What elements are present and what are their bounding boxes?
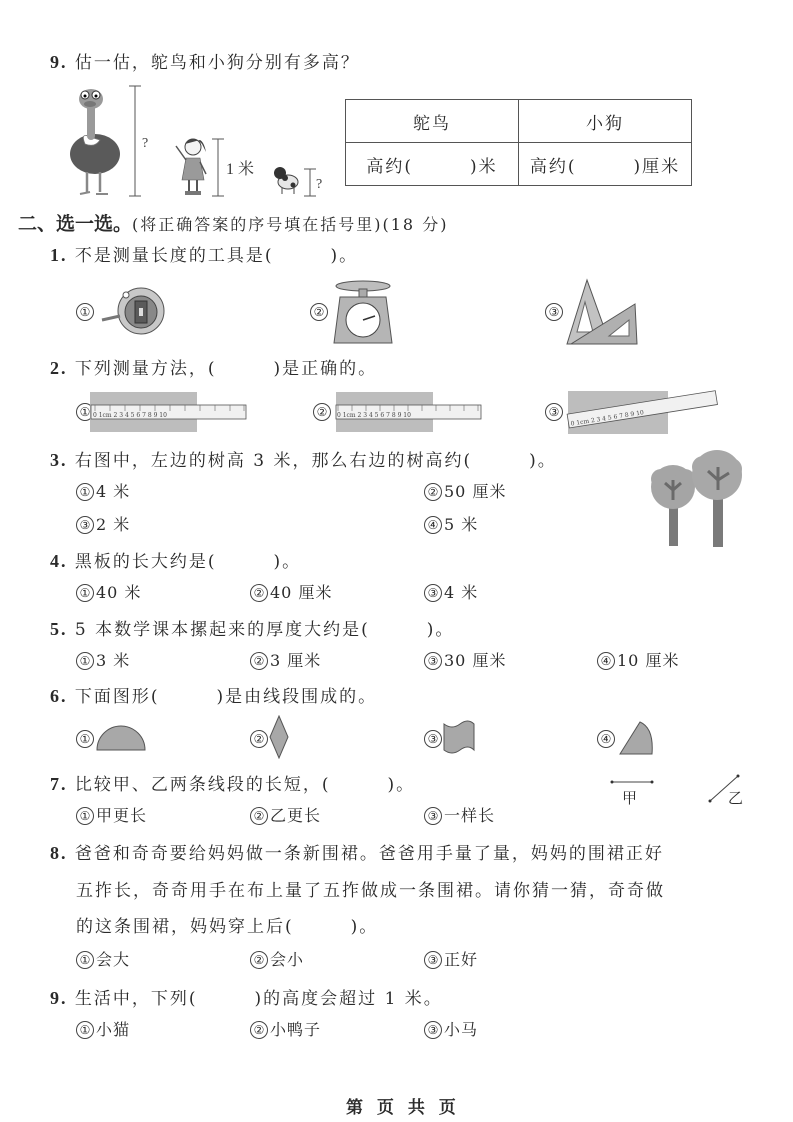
question-number: 8. — [50, 843, 68, 863]
question-9-estimate: 9. 估一估，鸵鸟和小狗分别有多高？ — [50, 52, 360, 73]
option-marker: ③ — [424, 951, 442, 969]
option-label: 40 厘米 — [270, 583, 332, 602]
q6-option-4[interactable]: ④ — [597, 729, 617, 748]
q9-option-2[interactable]: ②小鸭子 — [250, 1020, 321, 1040]
q4-option-2[interactable]: ②40 厘米 — [250, 583, 332, 603]
svg-text:0 1cm 2 3 4 5 6 7 8 9: 0 1cm 2 3 4 5 6 7 8 9 10 — [93, 412, 167, 419]
option-marker: ① — [76, 1021, 94, 1039]
question-text: 生活中，下列( )的高度会超过 1 米。 — [75, 989, 443, 1009]
option-marker: ② — [250, 1021, 268, 1039]
ostrich-height-label: ? — [142, 136, 148, 151]
question-number: 9. — [50, 52, 68, 72]
option-label: 会小 — [270, 950, 304, 969]
option-marker: ③ — [545, 403, 563, 421]
q1-option-2[interactable]: ② — [310, 302, 330, 321]
question-text: 黑板的长大约是( )。 — [75, 552, 301, 572]
q5-option-3[interactable]: ③30 厘米 — [424, 651, 506, 671]
option-marker: ③ — [424, 584, 442, 602]
rhombus-shape-icon — [268, 715, 290, 759]
question-9-height: 9. 生活中，下列( )的高度会超过 1 米。 — [50, 988, 443, 1009]
q1-option-3[interactable]: ③ — [545, 302, 565, 321]
question-7: 7. 比较甲、乙两条线段的长短，( )。 — [50, 774, 415, 795]
option-marker: ① — [76, 807, 94, 825]
q6-option-1[interactable]: ① — [76, 729, 96, 748]
section-2-heading: 二、选一选。(将正确答案的序号填在括号里)(18 分) — [18, 209, 448, 236]
option-marker: ① — [76, 584, 94, 602]
svg-text:0 1cm 2 3 4 5 6 7 8 9: 0 1cm 2 3 4 5 6 7 8 9 10 — [337, 412, 411, 419]
q7-option-2[interactable]: ②乙更长 — [250, 806, 321, 826]
kitchen-scale-icon — [328, 280, 398, 346]
height-comparison-figure: ? 1 米 ? — [60, 82, 340, 200]
option-marker: ③ — [424, 1021, 442, 1039]
q8-option-3[interactable]: ③正好 — [424, 950, 478, 970]
question-text: 爸爸和奇奇要给妈妈做一条新围裙。爸爸用手量了量，妈妈的围裙正好 — [75, 844, 664, 864]
option-marker: ③ — [424, 807, 442, 825]
ruler-slanted-icon: 0 1cm 2 3 4 5 6 7 8 9 10 — [566, 388, 722, 436]
question-6: 6. 下面图形( )是由线段围成的。 — [50, 686, 377, 707]
option-label: 50 厘米 — [444, 482, 506, 501]
option-marker: ④ — [597, 730, 615, 748]
question-number: 4. — [50, 551, 68, 571]
segment-jia-label: 甲 — [622, 788, 639, 808]
option-marker: ① — [76, 730, 94, 748]
option-label: 小马 — [444, 1020, 478, 1039]
option-marker: ② — [250, 652, 268, 670]
option-marker: ② — [250, 807, 268, 825]
option-marker: ④ — [597, 652, 615, 670]
q4-option-1[interactable]: ①40 米 — [76, 583, 141, 603]
q8-option-1[interactable]: ①会大 — [76, 950, 130, 970]
dog-height-blank[interactable]: 高约( )厘米 — [519, 143, 692, 186]
option-marker: ② — [250, 951, 268, 969]
ruler-offset-icon: 0 1cm 2 3 4 5 6 7 8 9 10 — [90, 390, 250, 434]
question-4: 4. 黑板的长大约是( )。 — [50, 551, 301, 572]
question-number: 2. — [50, 358, 68, 378]
ostrich-height-marker — [129, 86, 141, 196]
option-label: 正好 — [444, 950, 478, 969]
q7-option-1[interactable]: ①甲更长 — [76, 806, 147, 826]
q6-option-2[interactable]: ② — [250, 729, 270, 748]
question-text: 5 本数学课本摞起来的厚度大约是( )。 — [75, 620, 454, 640]
ostrich-icon — [70, 89, 120, 194]
option-label: 甲更长 — [96, 806, 147, 825]
question-text: 估一估，鸵鸟和小狗分别有多高？ — [75, 53, 360, 73]
question-8-line-3: 的这条围裙，妈妈穿上后( )。 — [76, 917, 378, 937]
q4-option-3[interactable]: ③4 米 — [424, 583, 478, 603]
option-marker: ① — [76, 303, 94, 321]
option-label: 4 米 — [96, 482, 130, 501]
segment-jia — [611, 781, 654, 784]
option-label: 小鸭子 — [270, 1020, 321, 1039]
q1-option-1[interactable]: ① — [76, 302, 96, 321]
q6-option-3[interactable]: ③ — [424, 729, 444, 748]
two-trees-icon — [645, 445, 745, 550]
question-text: 右图中，左边的树高 3 米，那么右边的树高约( )。 — [75, 451, 557, 471]
segment-yi-label: 乙 — [728, 788, 745, 808]
option-marker: ③ — [545, 303, 563, 321]
q9-option-1[interactable]: ①小猫 — [76, 1020, 130, 1040]
table-header-dog: 小狗 — [519, 100, 692, 143]
table-header-ostrich: 鸵鸟 — [346, 100, 519, 143]
question-5: 5. 5 本数学课本摞起来的厚度大约是( )。 — [50, 619, 454, 640]
dog-height-marker — [304, 169, 316, 196]
option-label: 一样长 — [444, 806, 495, 825]
option-marker: ③ — [424, 730, 442, 748]
question-1: 1. 不是测量长度的工具是( )。 — [50, 245, 358, 266]
option-marker: ③ — [424, 652, 442, 670]
q3-option-1[interactable]: ①4 米 — [76, 482, 130, 502]
page-footer: 第 页 共 页 — [346, 1093, 460, 1118]
q7-option-3[interactable]: ③一样长 — [424, 806, 495, 826]
question-text: 下列测量方法，( )是正确的。 — [75, 359, 377, 379]
question-text: 下面图形( )是由线段围成的。 — [75, 687, 377, 707]
option-marker: ② — [310, 303, 328, 321]
q5-option-4[interactable]: ④10 厘米 — [597, 651, 679, 671]
option-marker: ② — [250, 584, 268, 602]
q9-option-3[interactable]: ③小马 — [424, 1020, 478, 1040]
question-8-line-1: 8. 爸爸和奇奇要给妈妈做一条新围裙。爸爸用手量了量，妈妈的围裙正好 — [50, 843, 664, 864]
ruler-aligned-icon: 0 1cm 2 3 4 5 6 7 8 9 10 — [333, 390, 483, 434]
q2-option-3[interactable]: ③ — [545, 402, 565, 421]
question-number: 5. — [50, 619, 68, 639]
girl-icon — [176, 139, 206, 195]
girl-height-marker — [212, 139, 224, 196]
section-title: 二、选一选。 — [18, 213, 132, 235]
ostrich-height-blank[interactable]: 高约( )米 — [346, 143, 519, 186]
option-marker: ① — [76, 652, 94, 670]
question-number: 3. — [50, 450, 68, 470]
question-number: 9. — [50, 988, 68, 1008]
curved-quad-shape-icon — [618, 720, 656, 756]
option-marker: ② — [250, 730, 268, 748]
question-text: 不是测量长度的工具是( )。 — [75, 246, 358, 266]
option-label: 会大 — [96, 950, 130, 969]
question-number: 1. — [50, 245, 68, 265]
option-label: 40 米 — [96, 583, 141, 602]
question-text: 比较甲、乙两条线段的长短，( )。 — [75, 775, 415, 795]
q8-option-2[interactable]: ②会小 — [250, 950, 304, 970]
question-number: 7. — [50, 774, 68, 794]
tape-measure-icon — [96, 286, 166, 338]
wavy-flag-shape-icon — [442, 720, 476, 758]
option-label: 3 厘米 — [270, 651, 321, 670]
girl-height-label: 1 米 — [226, 160, 254, 178]
option-label: 30 厘米 — [444, 651, 506, 670]
option-label: 5 米 — [444, 515, 478, 534]
option-label: 2 米 — [96, 515, 130, 534]
height-answer-table: 鸵鸟 小狗 高约( )米 高约( )厘米 — [345, 99, 692, 186]
q3-option-2[interactable]: ②50 厘米 — [424, 482, 506, 502]
option-marker: ① — [76, 483, 94, 501]
option-marker: ③ — [76, 516, 94, 534]
q3-option-4[interactable]: ④5 米 — [424, 515, 478, 535]
q2-option-2[interactable]: ② — [313, 402, 333, 421]
question-8-line-2: 五拃长，奇奇用手在布上量了五拃做成一条围裙。请你猜一猜，奇奇做 — [76, 881, 665, 901]
question-3: 3. 右图中，左边的树高 3 米，那么右边的树高约( )。 — [50, 450, 557, 471]
q5-option-1[interactable]: ①3 米 — [76, 651, 130, 671]
option-label: 10 厘米 — [617, 651, 679, 670]
option-marker: ② — [424, 483, 442, 501]
q3-option-3[interactable]: ③2 米 — [76, 515, 130, 535]
semicircle-shape-icon — [95, 724, 147, 752]
option-marker: ④ — [424, 516, 442, 534]
dog-height-label: ? — [316, 177, 322, 192]
option-marker: ① — [76, 951, 94, 969]
option-label: 小猫 — [96, 1020, 130, 1039]
question-2: 2. 下列测量方法，( )是正确的。 — [50, 358, 377, 379]
dog-icon — [274, 167, 298, 194]
option-label: 乙更长 — [270, 806, 321, 825]
set-squares-icon — [565, 278, 640, 348]
question-number: 6. — [50, 686, 68, 706]
section-instruction: (将正确答案的序号填在括号里)(18 分) — [132, 215, 448, 234]
q5-option-2[interactable]: ②3 厘米 — [250, 651, 321, 671]
option-label: 4 米 — [444, 583, 478, 602]
option-label: 3 米 — [96, 651, 130, 670]
option-marker: ② — [313, 403, 331, 421]
